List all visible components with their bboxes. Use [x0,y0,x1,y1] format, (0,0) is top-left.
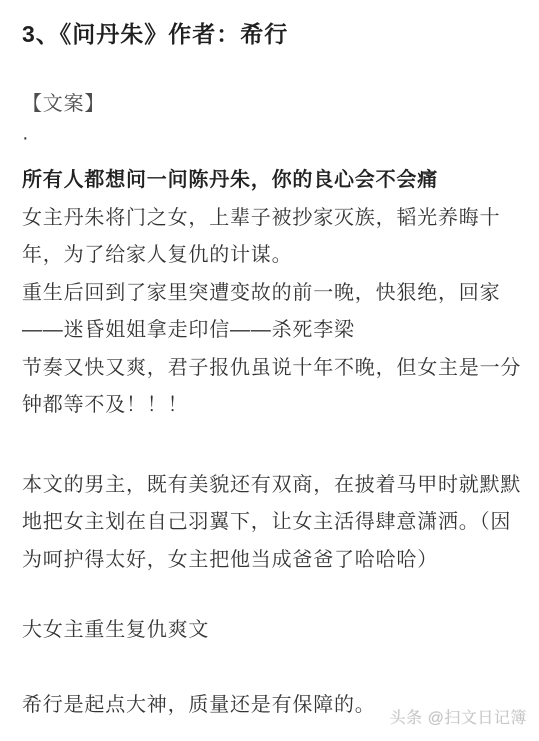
paragraph-line: 重生后回到了家里突遭变故的前一晚，快狠绝，回家 [22,275,517,313]
hook-line: 所有人都想问一问陈丹朱，你的良心会不会痛 [22,162,517,200]
separator-dot: · [22,126,517,150]
paragraph-male-lead: 本文的男主，既有美貌还有双商，在披着马甲时就默默 地把女主划在自己羽翼下，让女主… [22,467,517,580]
toutiao-watermark: 头条 @扫文日记簿 [390,708,527,730]
paragraph-line: 本文的男主，既有美貌还有双商，在披着马甲时就默默 [22,467,517,505]
page-title: 3、《问丹朱》作者：希行 [22,20,517,48]
paragraph-line: 为呵护得太好，女主把他当成爸爸了哈哈哈） [22,542,517,580]
paragraph-line: 大女主重生复仇爽文 [22,612,517,650]
paragraph-line: 节奏又快又爽，君子报仇虽说十年不晚，但女主是一分 [22,350,517,388]
paragraph-line: ——迷昏姐姐拿走印信——杀死李梁 [22,312,517,350]
paragraph-line: 女主丹朱将门之女，上辈子被抄家灭族，韬光养晦十 [22,200,517,238]
paragraph-synopsis: 所有人都想问一问陈丹朱，你的良心会不会痛 女主丹朱将门之女，上辈子被抄家灭族，韬… [22,162,517,425]
article-page: 3、《问丹朱》作者：希行 【文案】 · 所有人都想问一问陈丹朱，你的良心会不会痛… [0,0,539,741]
paragraph-line: 地把女主划在自己羽翼下，让女主活得肆意潇洒。（因 [22,504,517,542]
paragraph-line: 钟都等不及！！！ [22,387,517,425]
paragraph-line: 年，为了给家人复仇的计谋。 [22,237,517,275]
paragraph-genre-tag: 大女主重生复仇爽文 [22,612,517,650]
section-label: 【文案】 [22,92,517,116]
